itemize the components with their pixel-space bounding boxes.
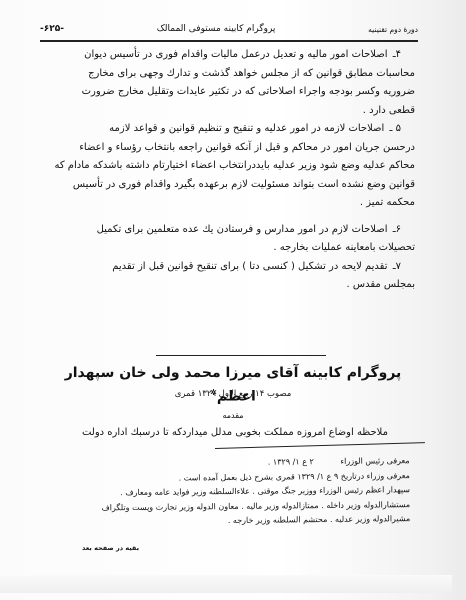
cabinet-program-title: پروگرام کابینه آقای میرزا محمد ولی خان س… [60, 363, 406, 407]
approval-date: مصوب ۱۴ ربیع الاول ۱۳۲۹ قمری [60, 389, 406, 399]
item-line: محاکم عدلیه وضع شود وزیر عدلیه بایددرانت… [50, 157, 415, 176]
item-number: ۵ ـ [388, 123, 401, 134]
page-number: -۶۲۵- [40, 24, 64, 34]
item-number: ۷ـ [391, 261, 401, 272]
cabinet-members-list: معرفی رئیس الوزراء ۲ ع ۱/ ۱۳۲۹ . معرفی و… [55, 454, 411, 530]
intro-heading: مقدمه [60, 411, 406, 420]
continued-note: بقیه در صفحه بعد [82, 544, 139, 552]
intro-line: ملاحظه اوضاع امروزه مملکت بخوبی مدلل مید… [50, 427, 420, 438]
pasted-slip-edge [215, 442, 425, 449]
item-line: اصلاحات امور مالیه و تعدیل درعمل مالیات … [84, 49, 387, 60]
header-title: پروگرام کابینه مستوفی الممالک [157, 24, 276, 34]
running-header: دورهٔ دوم تقنینیه پروگرام کابینه مستوفی … [40, 22, 418, 36]
document-page: دورهٔ دوم تقنینیه پروگرام کابینه مستوفی … [0, 0, 466, 600]
pm-intro-date: ۲ ع ۱/ ۱۳۲۹ . [268, 457, 338, 467]
item-line: محاسبات مطابق قوانین که از مجلس خواهد گذ… [50, 65, 415, 84]
item-5: ۵ ـ اصلاحات لازمه در امور عدلیه و تنقیح … [50, 120, 415, 139]
item-line: محکمه تمیز . [50, 194, 415, 213]
program-body: ۴ـ اصلاحات امور مالیه و تعدیل درعمل مالی… [50, 46, 415, 295]
pm-intro-label: معرفی رئیس الوزراء [340, 456, 409, 466]
item-line: قطعی دارد . [50, 102, 415, 121]
item-line: بمجلس مقدس . [50, 276, 415, 295]
item-line: تحصیلات بامعاینه عملیات بخارجه . [50, 239, 415, 258]
item-line: تقدیم لایحه در تشکیل ( کنسی دتا ) برای ت… [112, 261, 387, 272]
item-6: ۶ـ اصلاحات لازم در امور مدارس و فرستادن … [50, 221, 415, 240]
item-line: اصلاحات لازمه در امور عدلیه و تنقیح و تن… [109, 123, 384, 134]
item-line: قوانین وضع نشده است بتواند مسئولیت لازم … [50, 176, 415, 195]
item-7: ۷ـ تقدیم لایحه در تشکیل ( کنسی دتا ) برا… [50, 258, 415, 277]
item-number: ۶ـ [391, 224, 401, 235]
page-bottom-edge [0, 575, 452, 593]
section-divider [156, 355, 326, 356]
item-number: ۴ـ [391, 49, 401, 60]
item-line: ضروریه وکسر بودجه واجراء اصلاحاتی که در … [50, 83, 415, 102]
item-line: درحسن جریان امور در محاکم و قبل از آنکه … [50, 139, 415, 158]
item-4: ۴ـ اصلاحات امور مالیه و تعدیل درعمل مالی… [50, 46, 415, 65]
header-divider [40, 40, 418, 42]
header-section: دورهٔ دوم تقنینیه [368, 25, 418, 34]
item-line: اصلاحات لازم در امور مدارس و فرستادن یك … [97, 224, 388, 235]
